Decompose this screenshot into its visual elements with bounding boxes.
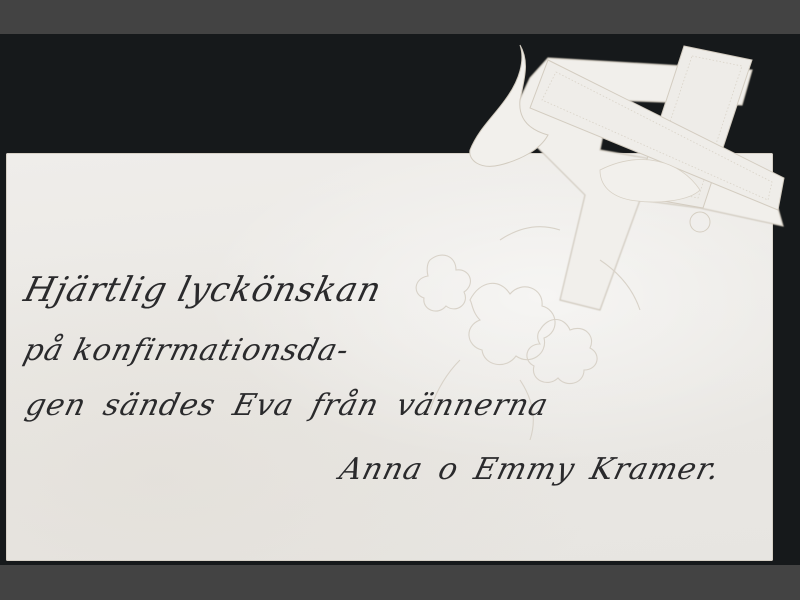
top-frame-bar [0, 0, 800, 34]
greeting-line-1: Hjärtlig lyckönskan [20, 270, 386, 310]
greeting-line-3: gen sändes Eva från vännerna [22, 388, 552, 423]
bottom-frame-bar [0, 565, 800, 600]
signature: Anna o Emmy Kramer. [336, 452, 724, 487]
greeting-line-2: på konfirmationsda- [20, 333, 353, 368]
